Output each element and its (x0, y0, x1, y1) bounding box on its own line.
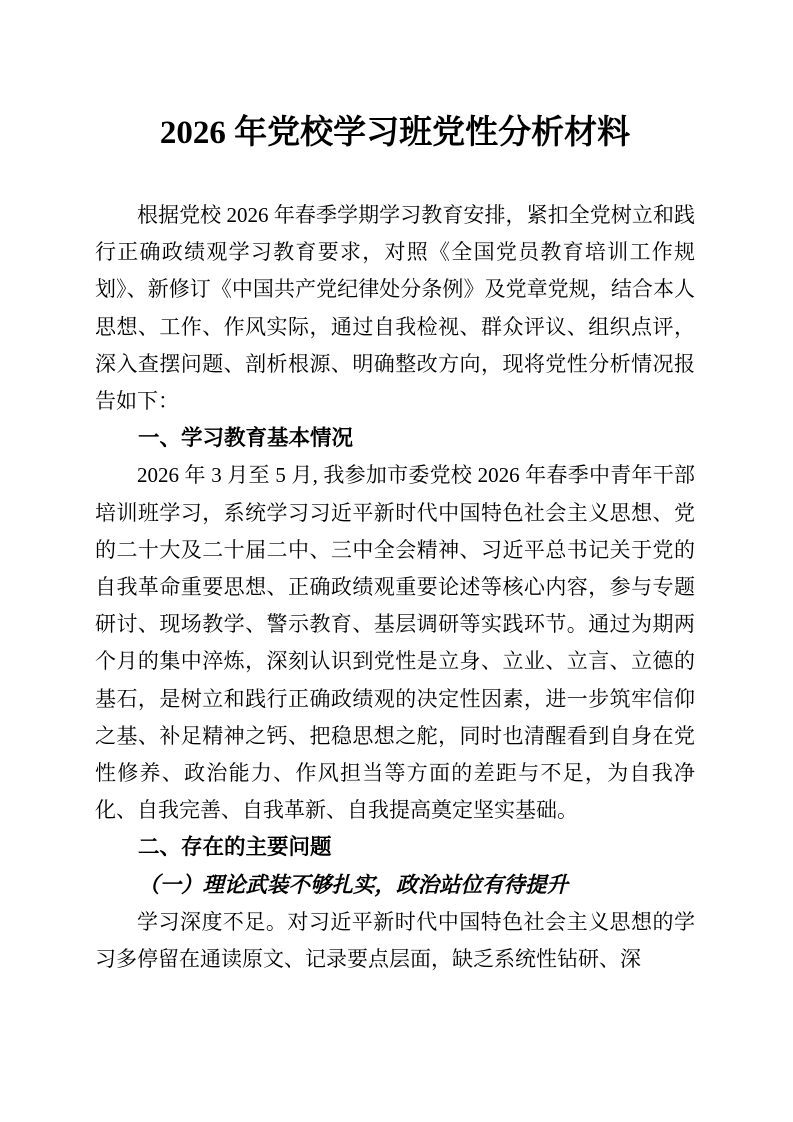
heading-section-2: 二、存在的主要问题 (95, 829, 695, 866)
heading-section-1: 一、学习教育基本情况 (95, 420, 695, 457)
document-page: 2026 年党校学习班党性分析材料 根据党校 2026 年春季学期学习教育安排，… (0, 0, 793, 1122)
paragraph-theory-issue: 学习深度不足。对习近平新时代中国特色社会主义思想的学习多停留在通读原文、记录要点… (95, 904, 695, 978)
heading-subsection-1: （一）理论武装不够扎实，政治站位有待提升 (95, 867, 695, 904)
document-title: 2026 年党校学习班党性分析材料 (95, 110, 695, 156)
paragraph-opening: 根据党校 2026 年春季学期学习教育安排，紧扣全党树立和践行正确政绩观学习教育… (95, 197, 695, 420)
paragraph-study-overview: 2026 年 3 月至 5 月, 我参加市委党校 2026 年春季中青年干部培训… (95, 457, 695, 829)
